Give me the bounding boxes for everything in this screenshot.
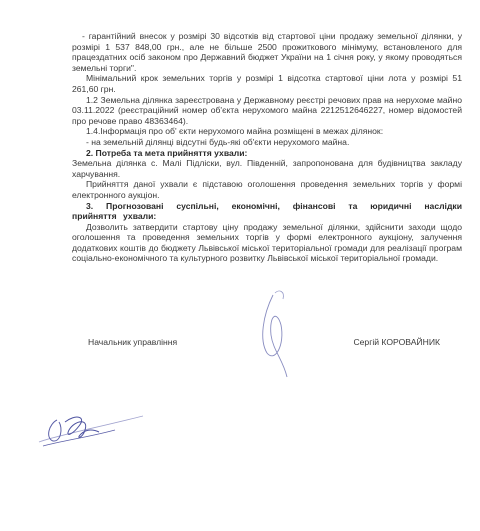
- section-3-text: Дозволить затвердити стартову ціну прода…: [72, 222, 462, 264]
- approval-signature-icon: [35, 408, 145, 453]
- section-2-heading: 2. Потреба та мета прийняття ухвали:: [72, 148, 462, 159]
- section-3-heading: 3. Прогнозовані суспільні, економічні, ф…: [72, 201, 462, 222]
- section-2-text-1: Земельна ділянка с. Малі Підліски, вул. …: [72, 158, 462, 179]
- signer-name: Сергій КОРОВАЙНИК: [353, 337, 440, 347]
- signer-position: Начальник управління: [88, 337, 177, 347]
- real-estate-info-paragraph: 1.4.Інформація про об' єкти нерухомого м…: [72, 126, 462, 137]
- registration-paragraph: 1.2 Земельна ділянка зареєстрована у Дер…: [72, 95, 462, 127]
- guarantee-fee-paragraph: - гарантійний внесок у розмірі 30 відсот…: [72, 31, 462, 73]
- real-estate-none-paragraph: - на земельній ділянці відсутні будь-які…: [72, 137, 462, 148]
- section-2-text-2: Прийняття даної ухвали є підставою оголо…: [72, 179, 462, 200]
- min-step-paragraph: Мінімальний крок земельних торгів у розм…: [72, 73, 462, 94]
- handwritten-signature-icon: [255, 285, 305, 380]
- document-body: - гарантійний внесок у розмірі 30 відсот…: [72, 31, 462, 264]
